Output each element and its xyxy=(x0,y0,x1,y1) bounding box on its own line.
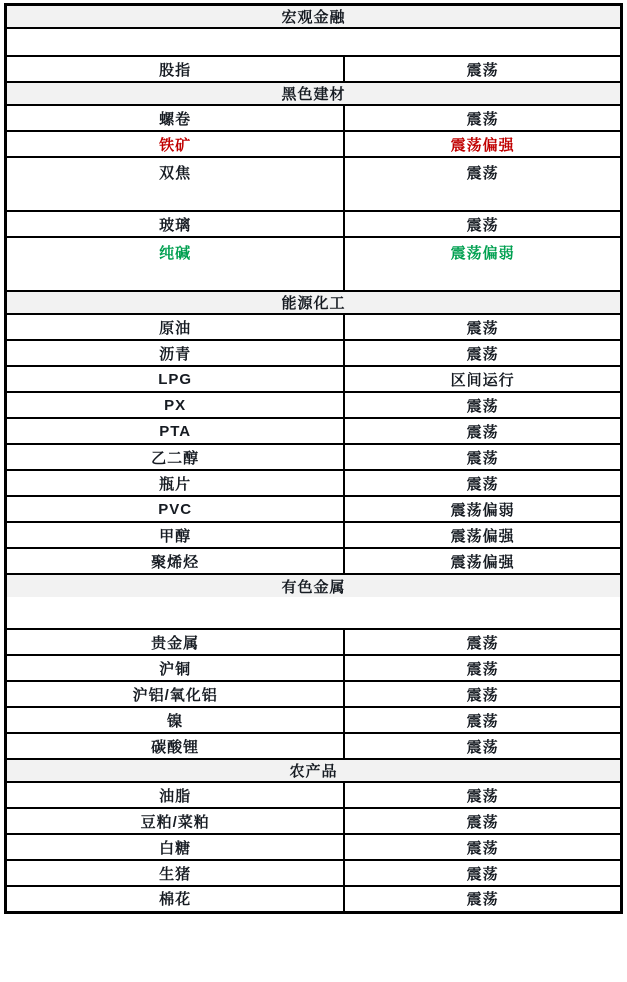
commodity-row: 豆粕/菜粕震荡 xyxy=(6,808,622,834)
commodity-row: 螺卷震荡 xyxy=(6,105,622,131)
commodity-row: PX震荡 xyxy=(6,392,622,418)
commodity-name-cell: 螺卷 xyxy=(6,105,345,131)
commodity-name-cell: 股指 xyxy=(6,56,345,82)
commodity-name-cell: LPG xyxy=(6,366,345,392)
commodity-name-cell: 沪铝/氧化铝 xyxy=(6,681,345,707)
outlook-cell: 震荡 xyxy=(344,681,621,707)
commodity-name-cell: 油脂 xyxy=(6,782,345,808)
commodity-row: 乙二醇震荡 xyxy=(6,444,622,470)
commodity-name-cell: 铁矿 xyxy=(6,131,345,157)
commodity-row: 碳酸锂震荡 xyxy=(6,733,622,759)
section-header: 宏观金融 xyxy=(6,5,622,29)
outlook-cell: 震荡 xyxy=(344,392,621,418)
outlook-cell: 震荡偏强 xyxy=(344,548,621,574)
commodity-name-cell: 双焦 xyxy=(6,157,345,211)
commodity-row: 棉花震荡 xyxy=(6,886,622,912)
commodity-name-cell: 聚烯烃 xyxy=(6,548,345,574)
commodity-row: 铁矿震荡偏强 xyxy=(6,131,622,157)
commodity-name-cell: 棉花 xyxy=(6,886,345,912)
report-page: 宏观金融股指震荡黑色建材螺卷震荡铁矿震荡偏强双焦震荡玻璃震荡纯碱震荡偏弱能源化工… xyxy=(0,0,627,982)
spacer-cell xyxy=(6,597,622,629)
commodity-row: 双焦震荡 xyxy=(6,157,622,211)
section-header: 能源化工 xyxy=(6,291,622,314)
market-outlook-table: 宏观金融股指震荡黑色建材螺卷震荡铁矿震荡偏强双焦震荡玻璃震荡纯碱震荡偏弱能源化工… xyxy=(4,3,623,914)
commodity-name-cell: 生猪 xyxy=(6,860,345,886)
commodity-row: 白糖震荡 xyxy=(6,834,622,860)
outlook-cell: 震荡 xyxy=(344,808,621,834)
commodity-name-cell: 纯碱 xyxy=(6,237,345,291)
commodity-row: LPG区间运行 xyxy=(6,366,622,392)
section-header: 农产品 xyxy=(6,759,622,782)
commodity-row: 玻璃震荡 xyxy=(6,211,622,237)
commodity-name-cell: PX xyxy=(6,392,345,418)
outlook-cell: 震荡 xyxy=(344,444,621,470)
commodity-row: 镍震荡 xyxy=(6,707,622,733)
outlook-cell: 震荡偏弱 xyxy=(344,237,621,291)
commodity-name-cell: PVC xyxy=(6,496,345,522)
outlook-cell: 震荡 xyxy=(344,211,621,237)
outlook-cell: 震荡 xyxy=(344,860,621,886)
outlook-cell: 震荡 xyxy=(344,834,621,860)
commodity-name-cell: 玻璃 xyxy=(6,211,345,237)
section-header: 有色金属 xyxy=(6,574,622,597)
commodity-name-cell: 瓶片 xyxy=(6,470,345,496)
commodity-row: PTA震荡 xyxy=(6,418,622,444)
commodity-name-cell: PTA xyxy=(6,418,345,444)
commodity-row: 纯碱震荡偏弱 xyxy=(6,237,622,291)
commodity-name-cell: 沪铜 xyxy=(6,655,345,681)
outlook-cell: 震荡偏强 xyxy=(344,522,621,548)
commodity-name-cell: 沥青 xyxy=(6,340,345,366)
commodity-name-cell: 甲醇 xyxy=(6,522,345,548)
commodity-name-cell: 豆粕/菜粕 xyxy=(6,808,345,834)
commodity-row: 瓶片震荡 xyxy=(6,470,622,496)
commodity-row: 原油震荡 xyxy=(6,314,622,340)
commodity-row: 聚烯烃震荡偏强 xyxy=(6,548,622,574)
commodity-row: 油脂震荡 xyxy=(6,782,622,808)
commodity-name-cell: 原油 xyxy=(6,314,345,340)
commodity-row: PVC震荡偏弱 xyxy=(6,496,622,522)
commodity-row: 生猪震荡 xyxy=(6,860,622,886)
outlook-cell: 震荡 xyxy=(344,340,621,366)
commodity-row: 股指震荡 xyxy=(6,56,622,82)
outlook-cell: 区间运行 xyxy=(344,366,621,392)
outlook-cell: 震荡 xyxy=(344,157,621,211)
outlook-cell: 震荡偏强 xyxy=(344,131,621,157)
outlook-cell: 震荡 xyxy=(344,707,621,733)
outlook-cell: 震荡 xyxy=(344,733,621,759)
outlook-cell: 震荡偏弱 xyxy=(344,496,621,522)
commodity-row: 沪铝/氧化铝震荡 xyxy=(6,681,622,707)
commodity-row: 沪铜震荡 xyxy=(6,655,622,681)
outlook-cell: 震荡 xyxy=(344,314,621,340)
outlook-cell: 震荡 xyxy=(344,418,621,444)
commodity-name-cell: 白糖 xyxy=(6,834,345,860)
outlook-cell: 震荡 xyxy=(344,56,621,82)
outlook-cell: 震荡 xyxy=(344,470,621,496)
commodity-name-cell: 贵金属 xyxy=(6,629,345,655)
commodity-row: 甲醇震荡偏强 xyxy=(6,522,622,548)
outlook-cell: 震荡 xyxy=(344,886,621,912)
commodity-row: 沥青震荡 xyxy=(6,340,622,366)
commodity-name-cell: 碳酸锂 xyxy=(6,733,345,759)
outlook-cell: 震荡 xyxy=(344,105,621,131)
spacer-cell xyxy=(6,28,622,56)
outlook-cell: 震荡 xyxy=(344,655,621,681)
outlook-cell: 震荡 xyxy=(344,629,621,655)
commodity-name-cell: 乙二醇 xyxy=(6,444,345,470)
section-header: 黑色建材 xyxy=(6,82,622,105)
commodity-row: 贵金属震荡 xyxy=(6,629,622,655)
commodity-name-cell: 镍 xyxy=(6,707,345,733)
outlook-cell: 震荡 xyxy=(344,782,621,808)
